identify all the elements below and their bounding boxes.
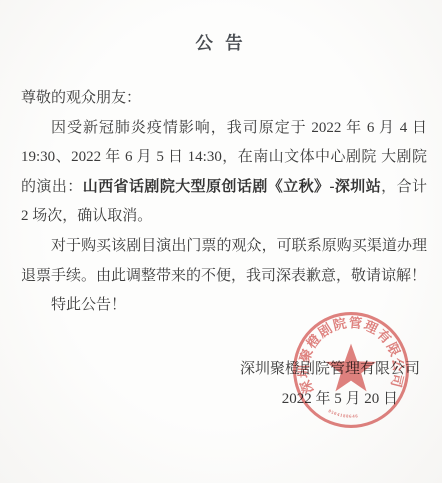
closing-line: 特此公告！ [21,291,427,321]
show-name-bold: 山西省话剧院大型原创话剧《立秋》-深圳站 [83,179,381,195]
greeting-line: 尊敬的观众朋友： [21,84,427,114]
seal-serial-number: 0504188646 [327,409,359,420]
company-name: 深圳聚橙剧院管理有限公司 [240,361,420,378]
paragraph-1: 因受新冠肺炎疫情影响，我司原定于 2022 年 6 月 4 日 19:30、20… [21,114,427,232]
announcement-title: 公 告 [0,30,442,55]
announcement-page: 公 告 尊敬的观众朋友： 因受新冠肺炎疫情影响，我司原定于 2022 年 6 月… [0,0,442,483]
signature-block: 深圳聚橙剧院管理有限公司 2022 年 5 月 20 日 [240,361,420,408]
announcement-body: 尊敬的观众朋友： 因受新冠肺炎疫情影响，我司原定于 2022 年 6 月 4 日… [21,84,427,321]
paragraph-2: 对于购买该剧目演出门票的观众，可联系原购买渠道办理退票手续。由此调整带来的不便，… [21,232,427,291]
issue-date: 2022 年 5 月 20 日 [240,391,398,408]
